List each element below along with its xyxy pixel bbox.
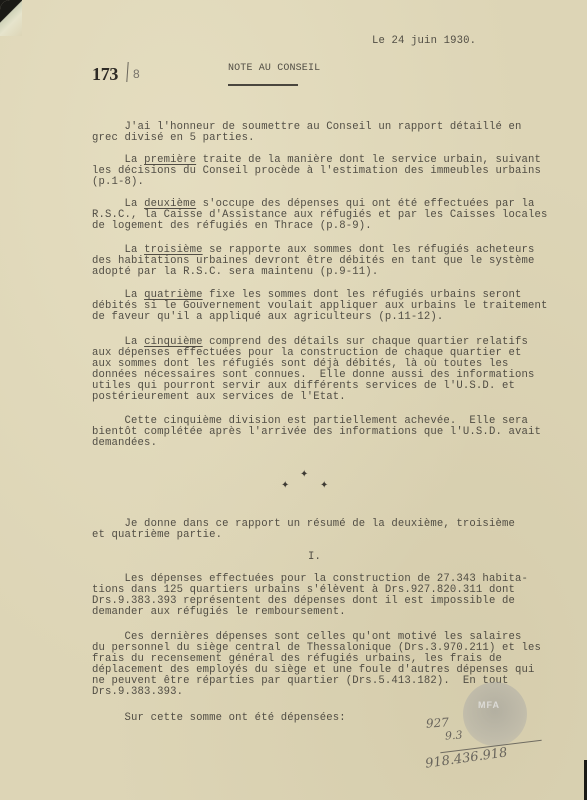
paragraph-premiere-line: (p.1-8). (92, 177, 144, 188)
reference-subnumber: 8 (133, 67, 140, 81)
reference-divider (126, 62, 128, 82)
paragraph-status-line: bientôt complétée après l'arrivée des in… (92, 427, 541, 438)
separator-star-icon: ✦ (300, 469, 308, 480)
section-paragraph-line: Drs.9.383.393. (92, 687, 183, 698)
title-underline (228, 84, 298, 86)
section-number: I. (308, 552, 321, 563)
paragraph-quatrieme-line: de faveur qu'il a appliqué aux agriculte… (92, 312, 443, 323)
document-date: Le 24 juin 1930. (372, 36, 476, 47)
paragraph-cinquieme-line: postérieurement aux services de l'Etat. (92, 392, 346, 403)
summary-intro-line: et quatrième partie. (92, 530, 222, 541)
handwritten-figure: 927 (426, 715, 450, 731)
section-paragraph-line: demander aux réfugiés le remboursement. (92, 607, 346, 618)
section-paragraph-line: Sur cette somme ont été dépensées: (92, 713, 346, 724)
paragraph-premiere-line: les décisions du Conseil procède à l'est… (92, 166, 541, 177)
stamp-label: MFA (478, 700, 500, 710)
paragraph-intro-line: grec divisé en 5 parties. (92, 133, 255, 144)
separator-star-icon: ✦ (320, 480, 328, 491)
paragraph-troisieme-line: adopté par la R.S.C. sera maintenu (p.9-… (92, 267, 378, 278)
document-title: NOTE AU CONSEIL (228, 63, 320, 74)
handwritten-figure: 9.3 (445, 728, 463, 742)
folded-corner (0, 0, 22, 36)
paragraph-status-line: demandées. (92, 438, 157, 449)
archive-stamp-icon (463, 682, 527, 746)
separator-star-icon: ✦ (281, 480, 289, 491)
paragraph-deuxieme-line: de logement des réfugiés en Thrace (p.8-… (92, 221, 372, 232)
reference-number: 173 (92, 64, 118, 85)
document-page: Le 24 juin 1930. 173 8 NOTE AU CONSEIL J… (0, 0, 587, 800)
